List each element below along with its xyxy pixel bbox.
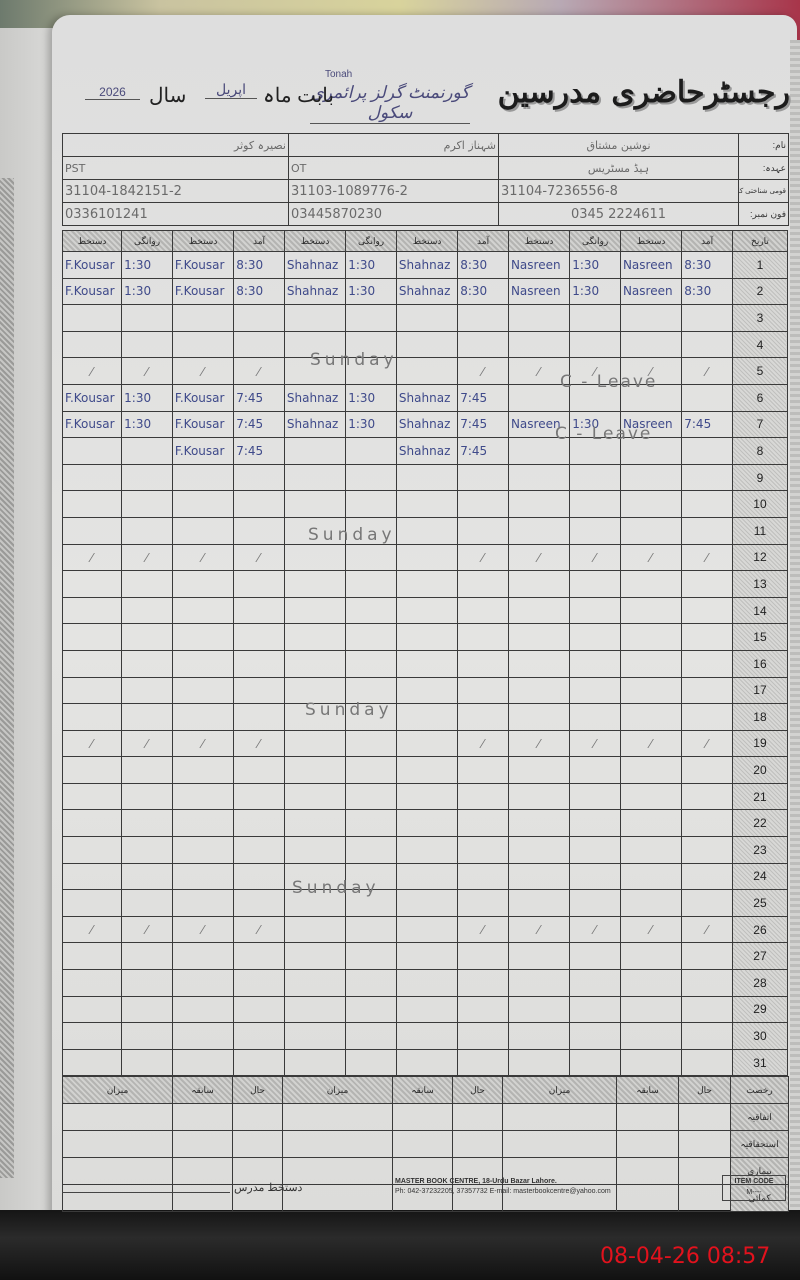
t2-in-cell xyxy=(458,837,509,864)
day-row: 9 xyxy=(63,464,788,491)
t3-in-cell: ⁄ xyxy=(234,544,285,571)
t3-in-cell xyxy=(234,571,285,598)
date-cell: 29 xyxy=(732,996,787,1023)
day-row: ⁄⁄⁄⁄⁄⁄⁄⁄⁄26 xyxy=(63,916,788,943)
t2-sig-in-cell xyxy=(396,863,457,890)
t2-in-cell xyxy=(458,571,509,598)
t3-total-header: میزان xyxy=(63,1077,173,1104)
t1-out-cell xyxy=(570,650,621,677)
leave-header: رخصت xyxy=(731,1077,789,1104)
t1-sig-out-cell xyxy=(508,491,569,518)
t3-sig-out-cell xyxy=(63,464,122,491)
t2-out-cell: 1:30 xyxy=(346,384,397,411)
t2-in-cell xyxy=(458,943,509,970)
summary-cell xyxy=(63,1104,173,1131)
t3-out-cell xyxy=(122,757,173,784)
t1-out-cell xyxy=(570,863,621,890)
t1-sig-in-cell xyxy=(620,837,681,864)
date-cell: 4 xyxy=(732,331,787,358)
summary-header-row: میزان سابقہ حال میزان سابقہ حال میزان سا… xyxy=(63,1077,789,1104)
t2-sig-out-cell: Shahnaz xyxy=(284,252,345,279)
t3-out-cell xyxy=(122,677,173,704)
teacher-info-table: نصیرہ کوثر شہناز اکرم نوشین مشتاق نام: P… xyxy=(62,133,789,226)
date-cell: 3 xyxy=(732,305,787,332)
t1-out-cell xyxy=(570,517,621,544)
summary-cell xyxy=(63,1131,173,1158)
t2-sig-out-cell xyxy=(284,544,345,571)
t1-sig-out-cell xyxy=(508,783,569,810)
t3-sig-out-cell xyxy=(63,624,122,651)
t2-in-cell xyxy=(458,305,509,332)
day-row: 27 xyxy=(63,943,788,970)
sunday-note-day-12: Sunday xyxy=(308,525,396,545)
t1-in-cell xyxy=(682,783,733,810)
t2-sig-out-header: دستخط xyxy=(284,231,345,252)
summary-row-label: اتفاقیہ xyxy=(731,1104,789,1131)
t1-in-cell: 8:30 xyxy=(682,252,733,279)
t3-sig-in-cell: F.Kousar xyxy=(172,384,233,411)
t3-sig-out-header: دستخط xyxy=(63,231,122,252)
t1-sig-out-cell xyxy=(508,810,569,837)
t2-current-header: حال xyxy=(453,1077,503,1104)
t3-sig-in-cell xyxy=(172,650,233,677)
t2-sig-in-cell xyxy=(396,1023,457,1050)
date-cell: 14 xyxy=(732,597,787,624)
t3-sig-in-cell xyxy=(172,305,233,332)
date-cell: 16 xyxy=(732,650,787,677)
t3-in-cell xyxy=(234,331,285,358)
day-row: 15 xyxy=(63,624,788,651)
t2-sig-in-cell xyxy=(396,650,457,677)
t3-sig-out-cell xyxy=(63,970,122,997)
t1-in-cell xyxy=(682,677,733,704)
t2-sig-in-cell xyxy=(396,677,457,704)
signature-label: دستخط مدرس xyxy=(234,1181,302,1194)
t3-out-cell xyxy=(122,491,173,518)
t2-out-cell xyxy=(346,305,397,332)
t1-out-cell xyxy=(570,810,621,837)
t1-out-cell: ⁄ xyxy=(570,730,621,757)
t3-sig-out-cell: F.Kousar xyxy=(63,252,122,279)
t1-out-cell xyxy=(570,624,621,651)
t3-sig-out-cell xyxy=(63,438,122,465)
day-row: 4 xyxy=(63,331,788,358)
t3-sig-in-cell xyxy=(172,837,233,864)
t1-sig-in-cell xyxy=(620,943,681,970)
day-row: 17 xyxy=(63,677,788,704)
t3-out-cell xyxy=(122,783,173,810)
t2-out-cell: 1:30 xyxy=(346,252,397,279)
date-cell: 2 xyxy=(732,278,787,305)
t1-sig-out-cell xyxy=(508,996,569,1023)
t1-sig-out-cell xyxy=(508,970,569,997)
t1-sig-out-cell xyxy=(508,890,569,917)
teacher1-designation: ہیڈ مسٹریس xyxy=(499,157,739,180)
t1-sig-out-cell xyxy=(508,571,569,598)
teacher1-name: نوشین مشتاق xyxy=(499,134,739,157)
t3-out-cell xyxy=(122,650,173,677)
t1-in-cell xyxy=(682,943,733,970)
t3-sig-out-cell xyxy=(63,704,122,731)
date-cell: 28 xyxy=(732,970,787,997)
t1-in-cell xyxy=(682,464,733,491)
t2-sig-in-cell: Shahnaz xyxy=(396,438,457,465)
summary-row: اتفاقیہ xyxy=(63,1104,789,1131)
t3-sig-out-cell xyxy=(63,863,122,890)
t2-arrival-header: آمد xyxy=(458,231,509,252)
t2-sig-out-cell: Shahnaz xyxy=(284,384,345,411)
t3-out-cell: ⁄ xyxy=(122,544,173,571)
t1-previous-header: سابقہ xyxy=(617,1077,679,1104)
date-cell: 17 xyxy=(732,677,787,704)
leave-note-day-6: C - Leave xyxy=(560,372,657,392)
date-cell: 30 xyxy=(732,1023,787,1050)
t2-sig-out-cell xyxy=(284,650,345,677)
summary-cell xyxy=(617,1104,679,1131)
t2-sig-out-cell xyxy=(284,730,345,757)
t1-sig-in-cell: Nasreen xyxy=(620,252,681,279)
t2-sig-out-cell: Shahnaz xyxy=(284,278,345,305)
t3-sig-out-cell xyxy=(63,677,122,704)
t1-in-cell: ⁄ xyxy=(682,358,733,385)
t3-sig-in-cell xyxy=(172,464,233,491)
day-row: 14 xyxy=(63,597,788,624)
publisher-line1: MASTER BOOK CENTRE, 18-Urdu Bazar Lahore… xyxy=(395,1177,611,1187)
t3-in-cell: 8:30 xyxy=(234,278,285,305)
date-cell: 13 xyxy=(732,571,787,598)
t2-out-cell xyxy=(346,970,397,997)
teacher2-phone: 03445870230 xyxy=(289,203,499,226)
t1-in-cell xyxy=(682,890,733,917)
date-cell: 11 xyxy=(732,517,787,544)
day-row: F.Kousar7:45Shahnaz7:458 xyxy=(63,438,788,465)
t3-in-cell xyxy=(234,890,285,917)
t2-out-cell xyxy=(346,730,397,757)
summary-cell xyxy=(617,1131,679,1158)
t1-sig-in-cell xyxy=(620,1049,681,1076)
day-row: F.Kousar1:30F.Kousar7:45Shahnaz1:30Shahn… xyxy=(63,411,788,438)
month-value: اپریل xyxy=(205,81,257,99)
name-label: نام: xyxy=(739,134,789,157)
t1-in-cell xyxy=(682,331,733,358)
t3-in-cell xyxy=(234,305,285,332)
t2-out-cell xyxy=(346,996,397,1023)
t2-in-cell xyxy=(458,597,509,624)
date-cell: 31 xyxy=(732,1049,787,1076)
t3-out-cell: 1:30 xyxy=(122,384,173,411)
t2-sig-in-cell xyxy=(396,597,457,624)
date-cell: 12 xyxy=(732,544,787,571)
t1-out-cell xyxy=(570,305,621,332)
t2-out-cell xyxy=(346,943,397,970)
t2-out-cell xyxy=(346,544,397,571)
t3-in-cell xyxy=(234,597,285,624)
t3-out-cell xyxy=(122,943,173,970)
summary-cell xyxy=(283,1131,393,1158)
t2-in-cell xyxy=(458,1023,509,1050)
t3-out-cell xyxy=(122,837,173,864)
t3-sig-out-cell xyxy=(63,491,122,518)
school-name: گورنمنٹ گرلز پرائمری سکول xyxy=(310,83,470,124)
t2-sig-in-cell: Shahnaz xyxy=(396,411,457,438)
t3-departure-header: روانگی xyxy=(122,231,173,252)
t1-in-cell xyxy=(682,970,733,997)
register-title: رجسٹرحاضری مدرسین xyxy=(498,75,790,110)
t2-sig-out-cell xyxy=(284,491,345,518)
t2-sig-in-cell xyxy=(396,704,457,731)
summary-cell xyxy=(173,1131,233,1158)
t3-sig-in-cell xyxy=(172,571,233,598)
t1-out-cell xyxy=(570,970,621,997)
sunday-note-day-5: Sunday xyxy=(310,350,398,370)
day-row: 13 xyxy=(63,571,788,598)
teacher2-name: شہناز اکرم xyxy=(289,134,499,157)
t3-sig-out-cell: ⁄ xyxy=(63,916,122,943)
t2-sig-out-cell xyxy=(284,1049,345,1076)
t1-sig-out-cell xyxy=(508,677,569,704)
date-cell: 6 xyxy=(732,384,787,411)
t2-sig-in-cell xyxy=(396,730,457,757)
day-rows: F.Kousar1:30F.Kousar8:30Shahnaz1:30Shahn… xyxy=(63,252,788,1076)
t3-sig-out-cell xyxy=(63,996,122,1023)
t1-sig-out-cell: ⁄ xyxy=(508,916,569,943)
t1-out-cell: ⁄ xyxy=(570,544,621,571)
t3-in-cell xyxy=(234,624,285,651)
t1-out-cell xyxy=(570,1049,621,1076)
t3-in-cell xyxy=(234,677,285,704)
phone-label: فون نمبر: xyxy=(739,203,789,226)
t3-sig-out-cell xyxy=(63,305,122,332)
t1-in-cell xyxy=(682,384,733,411)
t1-sig-in-cell xyxy=(620,704,681,731)
t1-sig-in-cell xyxy=(620,996,681,1023)
t3-sig-out-cell xyxy=(63,597,122,624)
t1-in-cell: ⁄ xyxy=(682,544,733,571)
column-header-row: دستخط روانگی دستخط آمد دستخط روانگی دستخ… xyxy=(63,231,788,252)
t1-out-cell: ⁄ xyxy=(570,916,621,943)
t2-sig-in-cell xyxy=(396,783,457,810)
t3-out-cell xyxy=(122,810,173,837)
t1-sig-out-cell xyxy=(508,837,569,864)
t2-sig-out-cell xyxy=(284,996,345,1023)
date-cell: 15 xyxy=(732,624,787,651)
t2-out-cell: 1:30 xyxy=(346,411,397,438)
summary-cell xyxy=(173,1104,233,1131)
t3-sig-out-cell xyxy=(63,1023,122,1050)
t2-in-cell xyxy=(458,783,509,810)
info-row-designation: PST OT ہیڈ مسٹریس عہدہ: xyxy=(63,157,789,180)
t3-sig-out-cell xyxy=(63,890,122,917)
t3-in-cell xyxy=(234,970,285,997)
school-superscript: Tonah xyxy=(325,69,352,80)
t3-out-cell xyxy=(122,1049,173,1076)
t3-sig-in-cell xyxy=(172,624,233,651)
t3-sig-in-cell xyxy=(172,783,233,810)
t3-in-cell xyxy=(234,650,285,677)
date-cell: 19 xyxy=(732,730,787,757)
t3-out-cell: ⁄ xyxy=(122,730,173,757)
teacher3-cnic: 31104-1842151-2 xyxy=(63,180,289,203)
t2-sig-in-cell xyxy=(396,943,457,970)
t2-in-cell: 7:45 xyxy=(458,438,509,465)
t3-in-cell xyxy=(234,783,285,810)
t3-out-cell xyxy=(122,331,173,358)
t2-out-cell xyxy=(346,1049,397,1076)
t3-sig-out-cell: ⁄ xyxy=(63,730,122,757)
t1-sig-out-cell xyxy=(508,597,569,624)
t1-sig-out-cell: ⁄ xyxy=(508,730,569,757)
t1-sig-out-cell: ⁄ xyxy=(508,544,569,571)
t3-sig-in-cell xyxy=(172,597,233,624)
t1-in-cell xyxy=(682,996,733,1023)
t3-out-cell: 1:30 xyxy=(122,252,173,279)
t2-in-cell xyxy=(458,757,509,784)
t1-out-cell xyxy=(570,677,621,704)
t2-out-cell xyxy=(346,783,397,810)
t1-sig-in-cell xyxy=(620,331,681,358)
t3-sig-in-cell xyxy=(172,996,233,1023)
day-row: 25 xyxy=(63,890,788,917)
t1-sig-in-cell xyxy=(620,517,681,544)
t2-in-cell xyxy=(458,970,509,997)
summary-cell xyxy=(393,1131,453,1158)
t2-sig-in-cell xyxy=(396,916,457,943)
t1-total-header: میزان xyxy=(503,1077,617,1104)
t2-sig-in-cell xyxy=(396,517,457,544)
t2-out-cell xyxy=(346,571,397,598)
t1-sig-out-cell: Nasreen xyxy=(508,278,569,305)
t1-out-cell: 1:30 xyxy=(570,278,621,305)
teacher1-phone: 0345 2224611 xyxy=(499,203,739,226)
t3-out-cell xyxy=(122,517,173,544)
t1-sig-out-cell xyxy=(508,331,569,358)
t1-current-header: حال xyxy=(679,1077,731,1104)
t2-total-header: میزان xyxy=(283,1077,393,1104)
day-row: 16 xyxy=(63,650,788,677)
t3-in-cell xyxy=(234,863,285,890)
t3-sig-out-cell xyxy=(63,517,122,544)
summary-cell xyxy=(393,1104,453,1131)
t1-sig-in-cell xyxy=(620,757,681,784)
t1-sig-out-cell xyxy=(508,1049,569,1076)
day-row: 21 xyxy=(63,783,788,810)
t3-previous-header: سابقہ xyxy=(173,1077,233,1104)
t3-out-cell xyxy=(122,305,173,332)
t2-sig-in-cell xyxy=(396,996,457,1023)
t2-sig-in-cell: Shahnaz xyxy=(396,384,457,411)
publisher-info: MASTER BOOK CENTRE, 18-Urdu Bazar Lahore… xyxy=(395,1177,611,1197)
t2-out-cell xyxy=(346,464,397,491)
t1-out-cell xyxy=(570,597,621,624)
t3-sig-in-header: دستخط xyxy=(172,231,233,252)
t1-out-cell xyxy=(570,943,621,970)
date-cell: 9 xyxy=(732,464,787,491)
cnic-label: قومی شناختی کارڈ نمبر: xyxy=(739,180,789,203)
date-cell: 10 xyxy=(732,491,787,518)
attendance-sheet: نصیرہ کوثر شہناز اکرم نوشین مشتاق نام: P… xyxy=(62,133,788,1212)
date-cell: 27 xyxy=(732,943,787,970)
t2-sig-in-cell xyxy=(396,810,457,837)
t1-sig-in-cell xyxy=(620,491,681,518)
t3-out-cell xyxy=(122,1023,173,1050)
t2-out-cell xyxy=(346,916,397,943)
day-row: F.Kousar1:30F.Kousar7:45Shahnaz1:30Shahn… xyxy=(63,384,788,411)
t2-in-cell xyxy=(458,863,509,890)
t3-sig-out-cell xyxy=(63,810,122,837)
t1-in-cell xyxy=(682,863,733,890)
date-cell: 23 xyxy=(732,837,787,864)
t1-in-cell xyxy=(682,650,733,677)
t1-sig-in-cell: ⁄ xyxy=(620,730,681,757)
year-value: 2026 xyxy=(85,85,140,100)
t1-in-cell xyxy=(682,1023,733,1050)
t2-sig-in-cell xyxy=(396,331,457,358)
t1-out-cell xyxy=(570,704,621,731)
date-cell: 8 xyxy=(732,438,787,465)
t3-sig-in-cell: ⁄ xyxy=(172,730,233,757)
t3-in-cell xyxy=(234,810,285,837)
t3-in-cell xyxy=(234,996,285,1023)
t3-sig-in-cell xyxy=(172,757,233,784)
t2-in-cell xyxy=(458,517,509,544)
t1-in-cell: 8:30 xyxy=(682,278,733,305)
t2-sig-in-cell xyxy=(396,358,457,385)
t3-sig-out-cell xyxy=(63,571,122,598)
t1-in-cell xyxy=(682,837,733,864)
t2-sig-out-cell xyxy=(284,970,345,997)
day-row: 18 xyxy=(63,704,788,731)
t3-in-cell: 7:45 xyxy=(234,438,285,465)
page-stack-edge xyxy=(790,40,800,1230)
t2-sig-in-cell: Shahnaz xyxy=(396,278,457,305)
day-row: 3 xyxy=(63,305,788,332)
t3-in-cell xyxy=(234,943,285,970)
t2-sig-out-cell xyxy=(284,624,345,651)
year-label: سال xyxy=(149,83,186,108)
t1-sig-in-cell xyxy=(620,783,681,810)
t3-out-cell xyxy=(122,624,173,651)
t2-sig-out-cell xyxy=(284,943,345,970)
t2-in-cell xyxy=(458,890,509,917)
t2-in-cell: ⁄ xyxy=(458,544,509,571)
t1-sig-out-cell xyxy=(508,704,569,731)
t3-in-cell: 7:45 xyxy=(234,411,285,438)
t1-sig-in-cell xyxy=(620,970,681,997)
t2-in-cell xyxy=(458,1049,509,1076)
t3-sig-in-cell xyxy=(172,704,233,731)
t2-sig-in-cell xyxy=(396,544,457,571)
t2-out-cell xyxy=(346,837,397,864)
t3-out-cell xyxy=(122,571,173,598)
day-row: 24 xyxy=(63,863,788,890)
t1-in-cell xyxy=(682,704,733,731)
date-cell: 26 xyxy=(732,916,787,943)
date-cell: 21 xyxy=(732,783,787,810)
t1-sig-in-cell: ⁄ xyxy=(620,916,681,943)
t3-sig-in-cell xyxy=(172,890,233,917)
t2-sig-out-cell xyxy=(284,1023,345,1050)
t1-sig-in-cell xyxy=(620,890,681,917)
t3-sig-in-cell xyxy=(172,863,233,890)
date-cell: 5 xyxy=(732,358,787,385)
register-title-row: رجسٹرحاضری مدرسین Tonah گورنمنٹ گرلز پرا… xyxy=(85,75,790,125)
t1-sig-in-cell xyxy=(620,624,681,651)
t3-out-cell xyxy=(122,970,173,997)
leave-note-day-8: C - Leave xyxy=(555,424,652,444)
t2-out-cell xyxy=(346,624,397,651)
summary-row: استحقاقیہ xyxy=(63,1131,789,1158)
t2-in-cell xyxy=(458,491,509,518)
